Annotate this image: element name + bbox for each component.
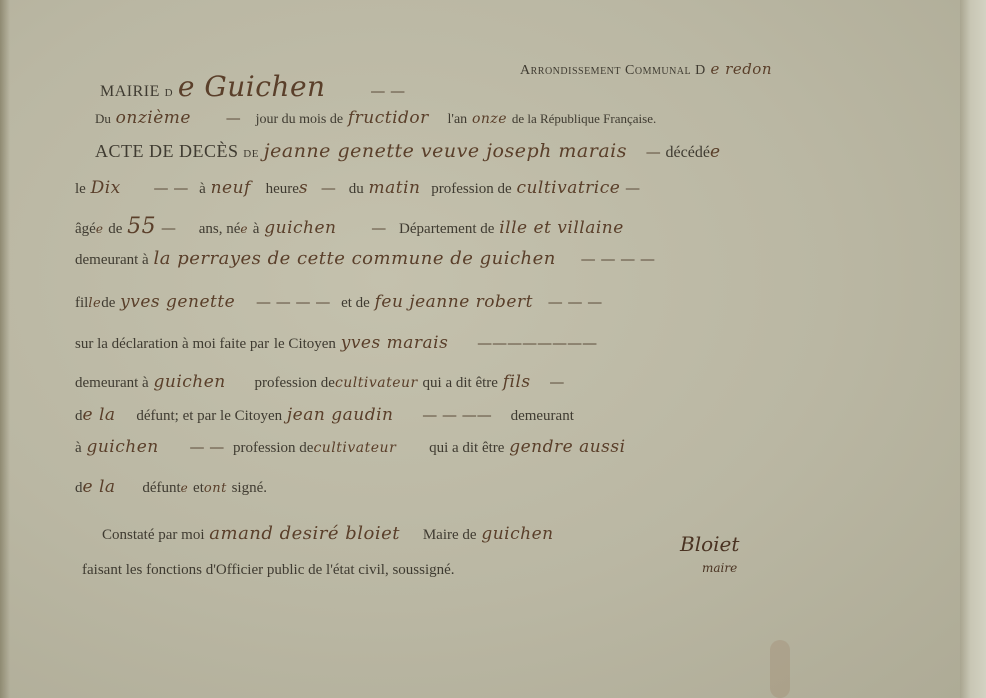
declarant-2-profession: cultivateur	[313, 440, 396, 456]
age-birthplace-line: âgée de 55 — ans, née à guichen — Départ…	[75, 214, 624, 239]
declarant-1-details-line: demeurant à guichen profession decultiva…	[75, 372, 564, 392]
deceased-profession: cultivatrice	[516, 178, 620, 198]
declarant-1-relation: fils	[503, 372, 531, 392]
hour-value: neuf	[211, 178, 251, 198]
time-profession-line: le Dix — — à neuf heures — du matin prof…	[75, 178, 640, 198]
declarant-2-details-line: à guichen — — profession decultivateur q…	[75, 437, 626, 457]
mayor-commune: guichen	[481, 524, 553, 544]
birthplace-value: guichen	[264, 218, 336, 238]
signature-name: Bloiet	[680, 532, 739, 556]
signature: Bloiet	[680, 532, 739, 556]
declarant-2-relation: gendre aussi	[509, 437, 625, 457]
declarant-1-name: yves marais	[341, 333, 449, 353]
declarant-2-line: de la défunt; et par le Citoyen jean gau…	[75, 405, 574, 425]
mayor-name: amand desiré bloiet	[209, 523, 400, 544]
declarant-2-name: jean gaudin	[287, 405, 394, 425]
header-mairie-line: MAIRIE D e Guichen — —	[100, 70, 405, 103]
next-page-edge	[960, 0, 986, 698]
declarant-1-profession: cultivateur	[335, 375, 418, 391]
declarant-1-residence: guichen	[154, 372, 226, 392]
commune-name: e Guichen	[178, 70, 326, 103]
age-value: 55	[127, 214, 156, 239]
signature-title: maire	[702, 558, 737, 576]
closing-line-2: faisant les fonctions d'Officier public …	[82, 560, 455, 579]
paper-stain	[770, 640, 790, 698]
period-value: matin	[368, 178, 420, 198]
father-name: yves genette	[120, 292, 235, 312]
residence-line: demeurant à la perrayes de cette commune…	[75, 248, 655, 269]
declarant-line: sur la déclaration à moi faite par le Ci…	[75, 333, 597, 353]
year-value: onze	[472, 111, 507, 127]
mother-name: feu jeanne robert	[375, 292, 533, 312]
label-mairie: MAIRIE	[100, 83, 160, 100]
page-shadow-left	[0, 0, 10, 698]
date-line: Du onzième — jour du mois de fructidor l…	[95, 108, 656, 128]
death-day-value: Dix	[91, 178, 121, 198]
day-value: onzième	[116, 108, 191, 128]
parents-line: fillede yves genette — — — — et de feu j…	[75, 292, 602, 312]
closing-line-1: Constaté par moi amand desiré bloiet Mai…	[102, 523, 554, 544]
title-acte-de-deces: ACTE DE DECÈS	[95, 141, 239, 161]
department-value: ille et villaine	[499, 218, 624, 238]
month-value: fructidor	[348, 108, 429, 128]
deceased-line: ACTE DE DECÈS DE jeanne genette veuve jo…	[95, 140, 721, 162]
deceased-name: jeanne genette veuve joseph marais	[264, 140, 627, 162]
declarant-2-residence: guichen	[86, 437, 158, 457]
arrondissement-name: e redon	[711, 60, 773, 78]
signed-line: de la défunte etont signé.	[75, 477, 267, 497]
label-arrondissement: Arrondissement Communal D	[520, 63, 706, 78]
residence-value: la perrayes de cette commune de guichen	[154, 248, 556, 269]
header-arrondissement: Arrondissement Communal D e redon	[520, 60, 772, 79]
